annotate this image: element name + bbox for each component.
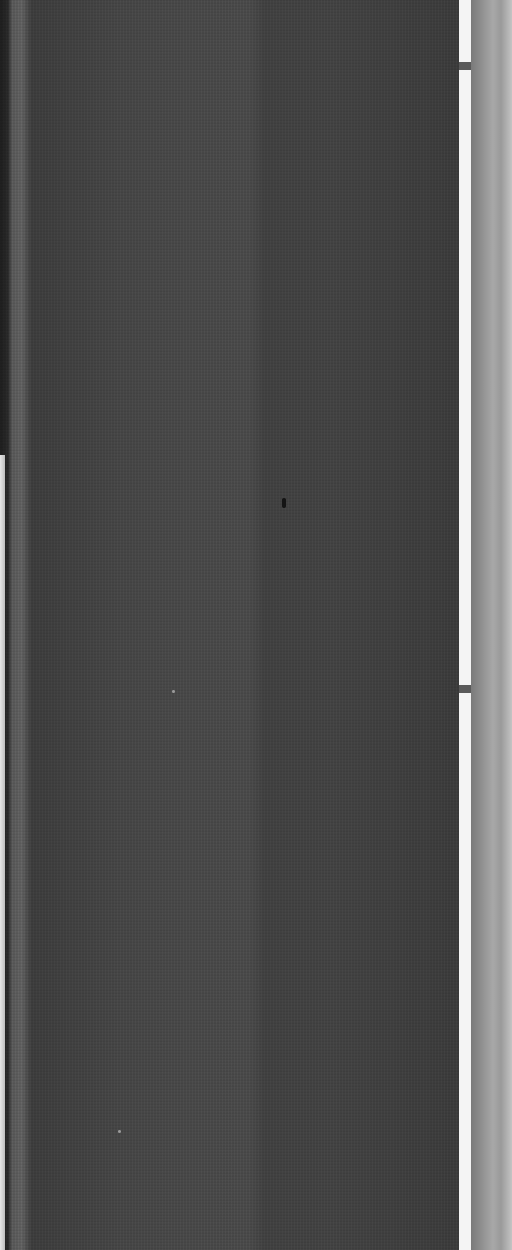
left-curb-highlight (0, 455, 5, 1250)
edge-line-segment (459, 0, 471, 62)
road-debris (282, 498, 286, 508)
concrete-shoulder (471, 0, 512, 1250)
edge-line-segment (459, 693, 471, 1250)
edge-line-gap (459, 62, 471, 70)
edge-line-segment (459, 70, 471, 685)
edge-line-gap (459, 685, 471, 693)
asphalt-texture (0, 0, 512, 1250)
road-scene: Overhead view of an asphalt road surface… (0, 0, 512, 1250)
road-speck (172, 690, 175, 693)
road-speck (118, 1130, 121, 1133)
